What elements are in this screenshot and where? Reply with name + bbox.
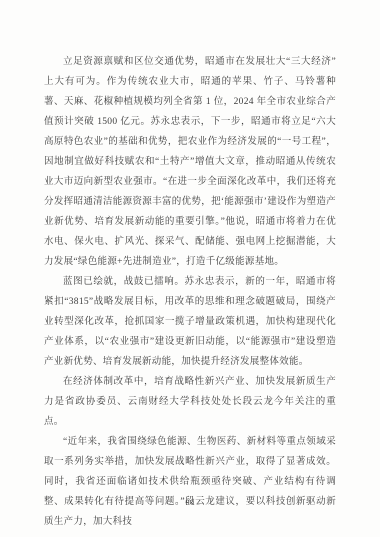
body-text-block: 立足资源禀赋和区位交通优势，昭通市在发展壮大“三大经济”上大有可为。作为传统农业… — [44, 52, 336, 532]
body-paragraph: 立足资源禀赋和区位交通优势，昭通市在发展壮大“三大经济”上大有可为。作为传统农业… — [44, 52, 336, 272]
page-number: 90 — [0, 498, 380, 507]
document-page: 立足资源禀赋和区位交通优势，昭通市在发展壮大“三大经济”上大有可为。作为传统农业… — [0, 0, 380, 537]
body-paragraph: 在经济体制改革中，培育战略性新兴产业、加快发展新质生产力是省政协委员、云南财经大… — [44, 372, 336, 432]
body-paragraph: “近年来，我省围绕绿色能源、生物医药、新材料等重点领域采取一系列务实举措，加快发… — [44, 432, 336, 532]
body-paragraph: 蓝图已绘就，战鼓已擂响。苏永忠表示，新的一年，昭通市将紧扣“3815”战略发展目… — [44, 272, 336, 372]
